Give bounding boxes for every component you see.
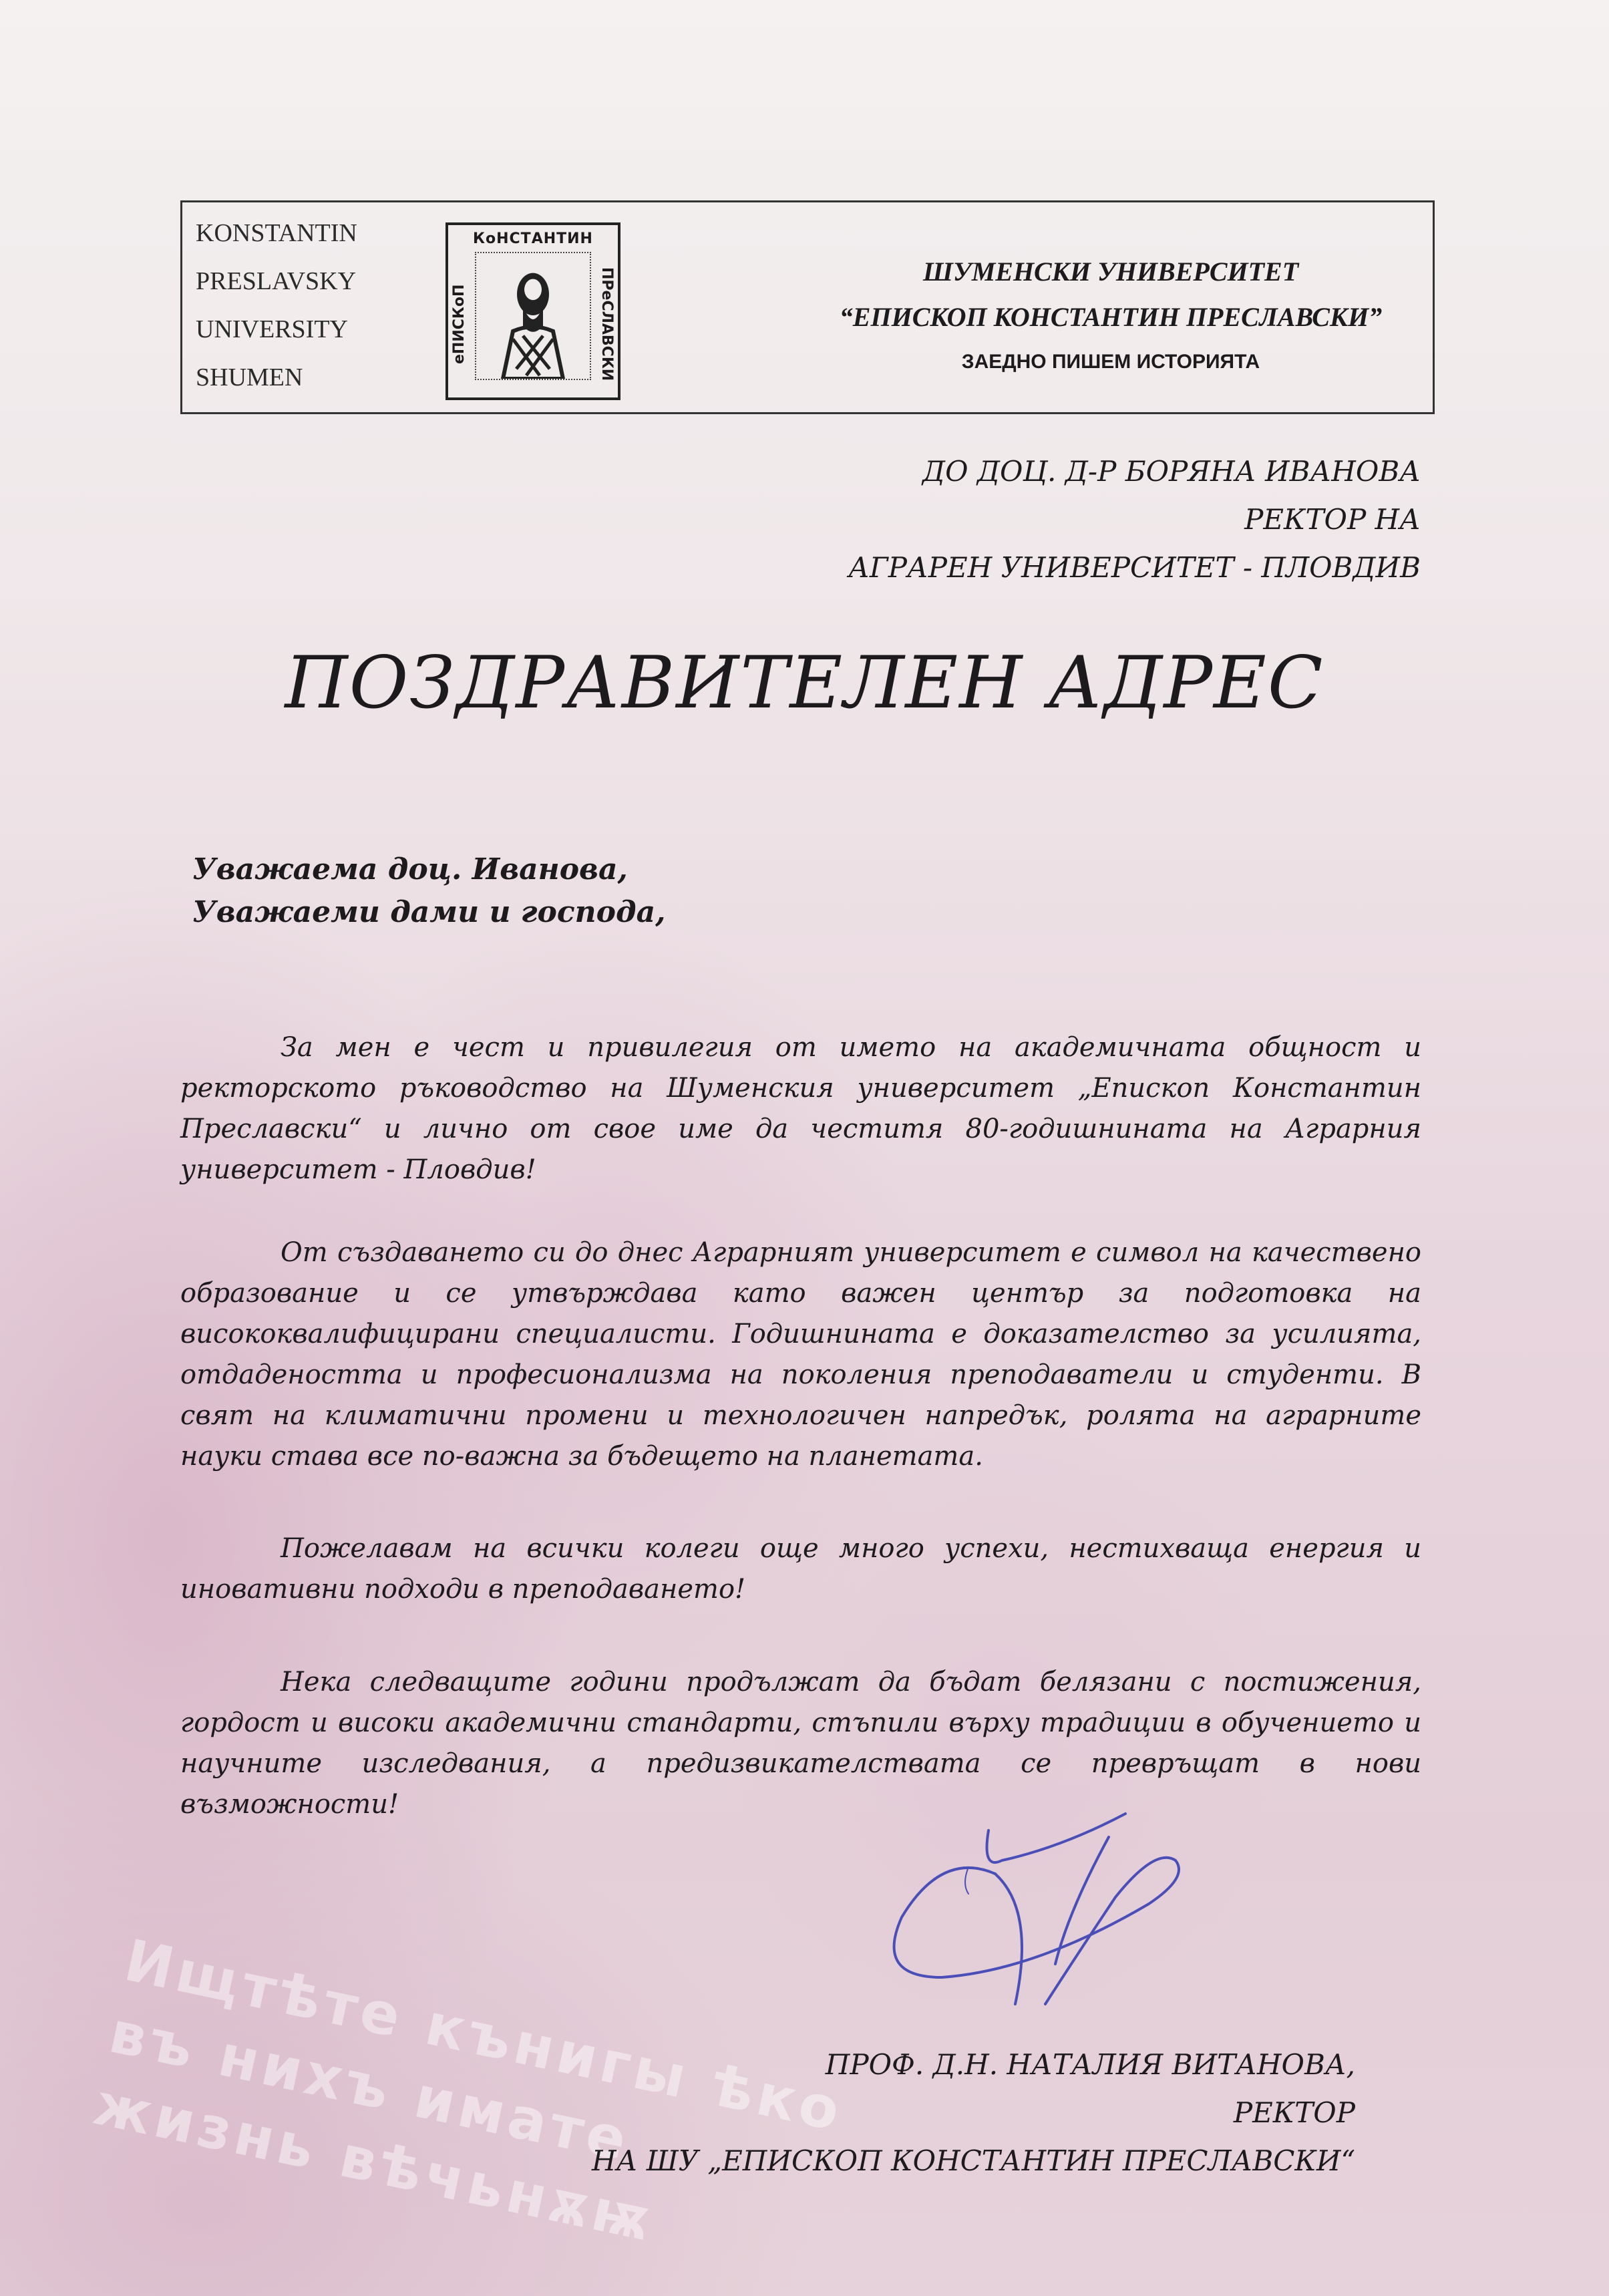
university-logo: КоНСТАНТИН еПИСКоП ПРеСЛАВСКИ [445,222,620,400]
university-motto: ЗАЕДНО ПИШЕМ ИСТОРИЯТА [783,351,1438,373]
recipient-block: ДО ДОЦ. Д-Р БОРЯНА ИВАНОВА РЕКТОР НА АГР… [848,448,1421,592]
body-paragraph: Пожелавам на всички колеги още много усп… [180,1528,1421,1610]
signer-name: ПРОФ. Д.Н. НАТАЛИЯ ВИТАНОВА, [592,2041,1355,2089]
logo-right-text: ПРеСЛАВСКИ [595,252,615,396]
saint-portrait-icon [475,252,591,380]
signer-position: РЕКТОР [592,2089,1355,2137]
recipient-institution: АГРАРЕН УНИВЕРСИТЕТ - ПЛОВДИВ [848,544,1421,592]
university-name-en: KONSTANTIN PRESLAVSKY UNIVERSITY SHUMEN [196,209,357,401]
document-title: ПОЗДРАВИТЕЛЕН АДРЕС [0,641,1609,725]
university-name-en-line: UNIVERSITY [196,305,357,353]
university-name-en-line: KONSTANTIN [196,209,357,257]
letterhead: KONSTANTIN PRESLAVSKY UNIVERSITY SHUMEN … [180,200,1435,414]
signer-institution: НА ШУ „ЕПИСКОП КОНСТАНТИН ПРЕСЛАВСКИ“ [592,2137,1355,2185]
handwritten-signature [862,1810,1316,2031]
logo-left-text: еПИСКоП [451,252,471,396]
salutation-line: Уважаема доц. Иванова, [192,848,665,891]
university-name-bg: ШУМЕНСКИ УНИВЕРСИТЕТ [783,256,1438,287]
salutation-line: Уважаеми дами и господа, [192,891,665,934]
recipient-name: ДО ДОЦ. Д-Р БОРЯНА ИВАНОВА [848,448,1421,496]
body-paragraph: Нека следващите години продължат да бъда… [180,1662,1421,1825]
body-paragraph: За мен е чест и привилегия от името на а… [180,1027,1421,1190]
signer-block: ПРОФ. Д.Н. НАТАЛИЯ ВИТАНОВА, РЕКТОР НА Ш… [592,2041,1355,2185]
body-paragraph: От създаването си до днес Аграрният унив… [180,1233,1421,1477]
logo-top-text: КоНСТАНТИН [448,230,618,247]
recipient-position: РЕКТОР НА [848,496,1421,544]
university-name-en-line: SHUMEN [196,353,357,401]
salutation: Уважаема доц. Иванова, Уважаеми дами и г… [192,848,665,934]
university-name-en-line: PRESLAVSKY [196,257,357,305]
university-patron-name: “ЕПИСКОП КОНСТАНТИН ПРЕСЛАВСКИ” [783,301,1438,333]
